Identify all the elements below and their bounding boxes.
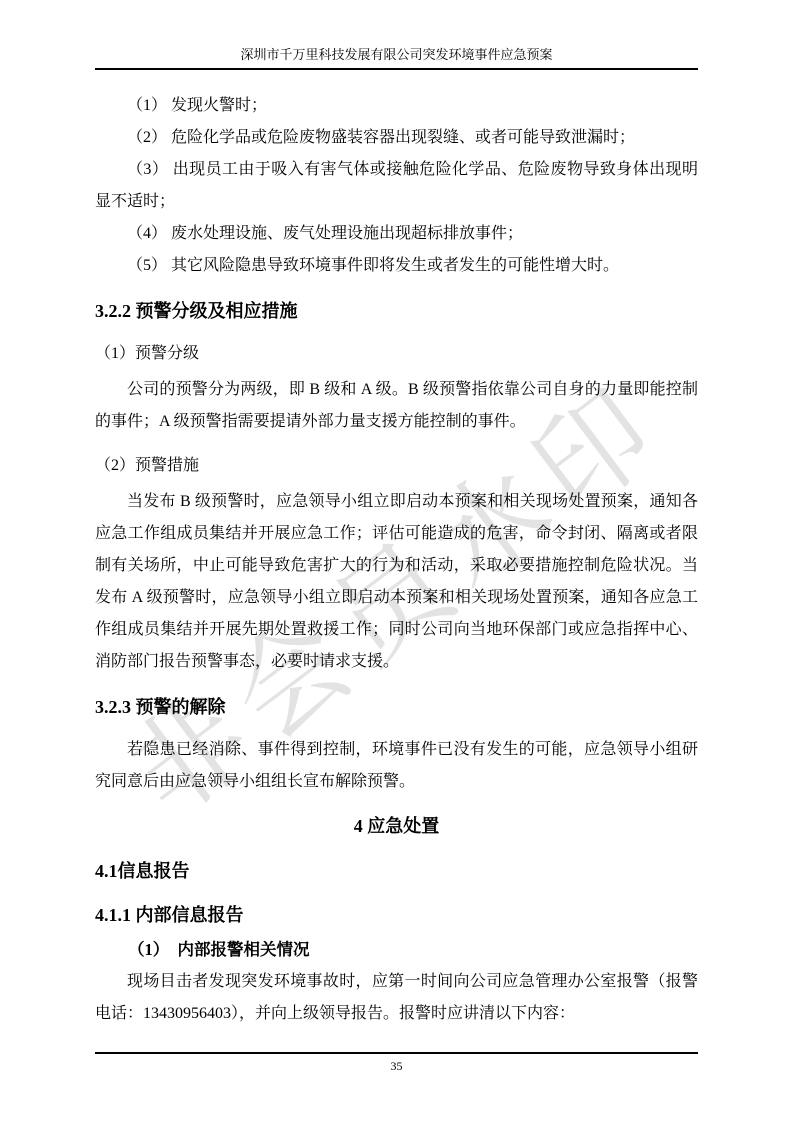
page-number: 35 <box>391 1059 403 1073</box>
subitem-warning-levels: （1）预警分级 <box>95 338 698 370</box>
page-footer: 35 <box>95 1052 698 1074</box>
alert-condition-2: （2） 危险化学品或危险废物盛装容器出现裂缝、或者可能导致泄漏时； <box>95 122 698 154</box>
paragraph-internal-alarm: 现场目击者发现突发环境事故时，应第一时间向公司应急管理办公室报警（报警电话：13… <box>95 966 698 1030</box>
document-page: 非会员水印 深圳市千万里科技发展有限公司突发环境事件应急预案 （1） 发现火警时… <box>0 0 793 1122</box>
alert-condition-3: （3） 出现员工由于吸入有害气体或接触危险化学品、危险废物导致身体出现明显不适时… <box>95 154 698 218</box>
paragraph-warning-levels: 公司的预警分为两级，即 B 级和 A 级。B 级预警指依靠公司自身的力量即能控制… <box>95 374 698 438</box>
alert-condition-5: （5） 其它风险隐患导致环境事件即将发生或者发生的可能性增大时。 <box>95 250 698 282</box>
alert-condition-4: （4） 废水处理设施、废气处理设施出现超标排放事件； <box>95 218 698 250</box>
chapter-heading-4: 4 应急处置 <box>95 810 698 842</box>
page-header: 深圳市千万里科技发展有限公司突发环境事件应急预案 <box>95 46 698 70</box>
subitem-internal-alarm: （1） 内部报警相关情况 <box>95 934 698 966</box>
paragraph-warning-release: 若隐患已经消除、事件得到控制，环境事件已没有发生的可能，应急领导小组研究同意后由… <box>95 734 698 798</box>
subitem-warning-measures: （2）预警措施 <box>95 450 698 482</box>
section-heading-3-2-2: 3.2.2 预警分级及相应措施 <box>95 296 698 326</box>
section-heading-4-1-1: 4.1.1 内部信息报告 <box>95 900 698 930</box>
alert-condition-1: （1） 发现火警时； <box>95 90 698 122</box>
document-body: （1） 发现火警时； （2） 危险化学品或危险废物盛装容器出现裂缝、或者可能导致… <box>95 70 698 1030</box>
section-heading-4-1: 4.1信息报告 <box>95 856 698 886</box>
header-title: 深圳市千万里科技发展有限公司突发环境事件应急预案 <box>240 47 552 62</box>
paragraph-warning-measures: 当发布 B 级预警时，应急领导小组立即启动本预案和相关现场处置预案，通知各应急工… <box>95 486 698 678</box>
section-heading-3-2-3: 3.2.3 预警的解除 <box>95 692 698 722</box>
